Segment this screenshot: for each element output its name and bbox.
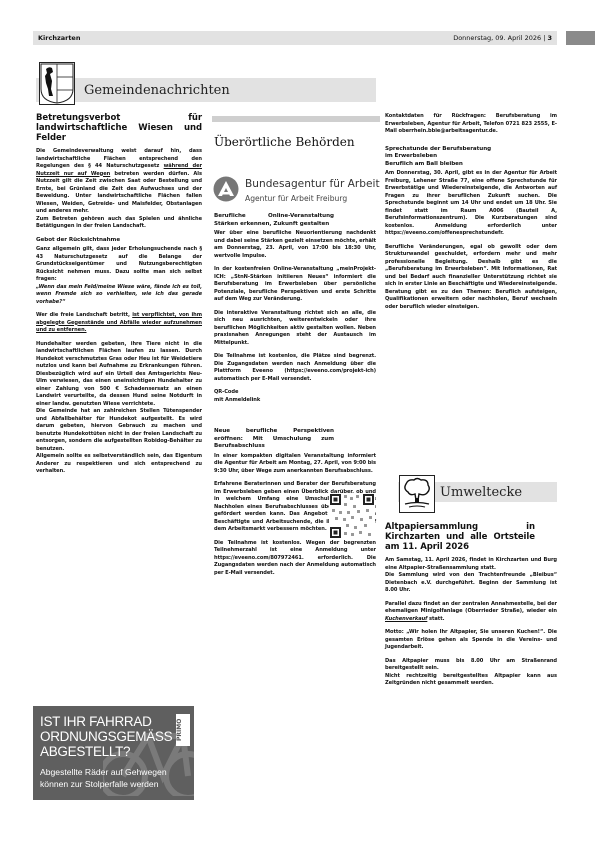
paragraph: Am Donnerstag, 30. April, gibt es in der…	[385, 170, 557, 238]
paragraph: Die Teilnahme ist kostenlos, die Plätze …	[214, 353, 376, 383]
agency-subtitle: Agentur für Arbeit Freiburg	[245, 194, 347, 203]
ad-subline: Abgestellte Räder auf Gehwegen können zu…	[40, 766, 167, 790]
paragraph: Die interaktive Veranstaltung richtet si…	[214, 310, 376, 348]
paragraph: In der kostenfreien Online-Veranstaltung…	[214, 266, 376, 304]
subheading: Sprechstunde der Berufsberatung im Erwer…	[385, 146, 557, 169]
paragraph: Motto: „Wir holen Ihr Altpapier, Sie uns…	[385, 629, 557, 652]
quote: „Wenn das mein Feld/meine Wiese wäre, fä…	[36, 284, 202, 307]
subheading: Berufliche Online-Veranstaltung Stärken …	[214, 213, 334, 228]
section-title-ueberoertlich: Überörtliche Behörden	[214, 135, 355, 149]
qr-code[interactable]	[329, 493, 375, 539]
tree-icon	[399, 475, 435, 513]
paragraph: Die Gemeindeverwaltung weist darauf hin,…	[36, 148, 202, 216]
paragraph: Wer über eine berufliche Neuorientierung…	[214, 230, 376, 260]
article-betretungsverbot: Betretungsverbot für landwirtschaftliche…	[36, 113, 202, 482]
paragraph: Parallel dazu findet an der zentralen An…	[385, 601, 557, 624]
article-title: Betretungsverbot für landwirtschaftliche…	[36, 113, 202, 143]
section-header-gemeinde: Gemeindenachrichten	[36, 78, 376, 102]
page-tab-marker	[566, 31, 595, 45]
qr-caption: QR-Codemit Anmeldelink	[214, 389, 376, 404]
article-title: Altpapiersammlung in Kirchzarten und all…	[385, 522, 535, 552]
section-title: Gemeindenachrichten	[84, 83, 230, 98]
paragraph: Wer die freie Landschaft betritt, ist ve…	[36, 312, 202, 335]
bundesagentur-logo-icon	[213, 176, 239, 202]
paragraph: Kontaktdaten für Rückfragen: Berufsberat…	[385, 113, 557, 136]
header-date: Donnerstag, 09. April 2026 | 3	[453, 34, 552, 42]
section-bar	[212, 116, 380, 122]
paragraph: Hundehalter werden gebeten, ihre Tiere n…	[36, 341, 202, 409]
paragraph: Allgemein sollte es selbstverständlich s…	[36, 453, 202, 476]
paragraph: Am Samstag, 11. April 2026, findet in Ki…	[385, 557, 557, 572]
article-berufsberatung: Kontaktdaten für Rückfragen: Berufsberat…	[385, 113, 557, 317]
paragraph: Berufliche Veränderungen, egal ob gewoll…	[385, 244, 557, 312]
paragraph: Ganz allgemein gilt, dass jeder Erholung…	[36, 246, 202, 284]
page-number: 3	[547, 34, 552, 42]
subheading: Gebot der Rücksichtnahme	[36, 237, 202, 245]
primo-logo: PRIMO	[176, 714, 190, 746]
paragraph: Die Sammlung wird von den Trachtenfreund…	[385, 572, 557, 595]
bicycle-parking-ad: PRIMO IST IHR FAHRRAD ORDNUNGSGEMÄSS ABG…	[33, 706, 194, 800]
coat-of-arms-icon	[39, 62, 75, 105]
paragraph: Zum Betreten gehören auch das Spielen un…	[36, 216, 202, 231]
paragraph: In einer kompakten digitalen Veranstaltu…	[214, 453, 376, 476]
subheading: Neue berufliche Perspektiven eröffnen: M…	[214, 428, 334, 451]
ad-headline: IST IHR FAHRRAD ORDNUNGSGEMÄSS ABGESTELL…	[40, 714, 155, 759]
header-town: Kirchzarten	[38, 34, 80, 42]
paragraph: Die Teilnahme ist kostenlos. Wegen der b…	[214, 540, 376, 578]
paragraph: Nicht rechtzeitig bereitgestelltes Altpa…	[385, 673, 557, 688]
paragraph: Die Gemeinde hat an zahlreichen Stellen …	[36, 408, 202, 453]
section-title: Umweltecke	[440, 485, 522, 500]
paragraph: Das Altpapier muss bis 8.00 Uhr am Straß…	[385, 658, 557, 673]
page-header: Kirchzarten Donnerstag, 09. April 2026 |…	[33, 31, 557, 45]
article-altpapiersammlung: Altpapiersammlung in Kirchzarten und all…	[385, 522, 557, 694]
agency-title: Bundesagentur für Arbeit	[245, 178, 380, 190]
